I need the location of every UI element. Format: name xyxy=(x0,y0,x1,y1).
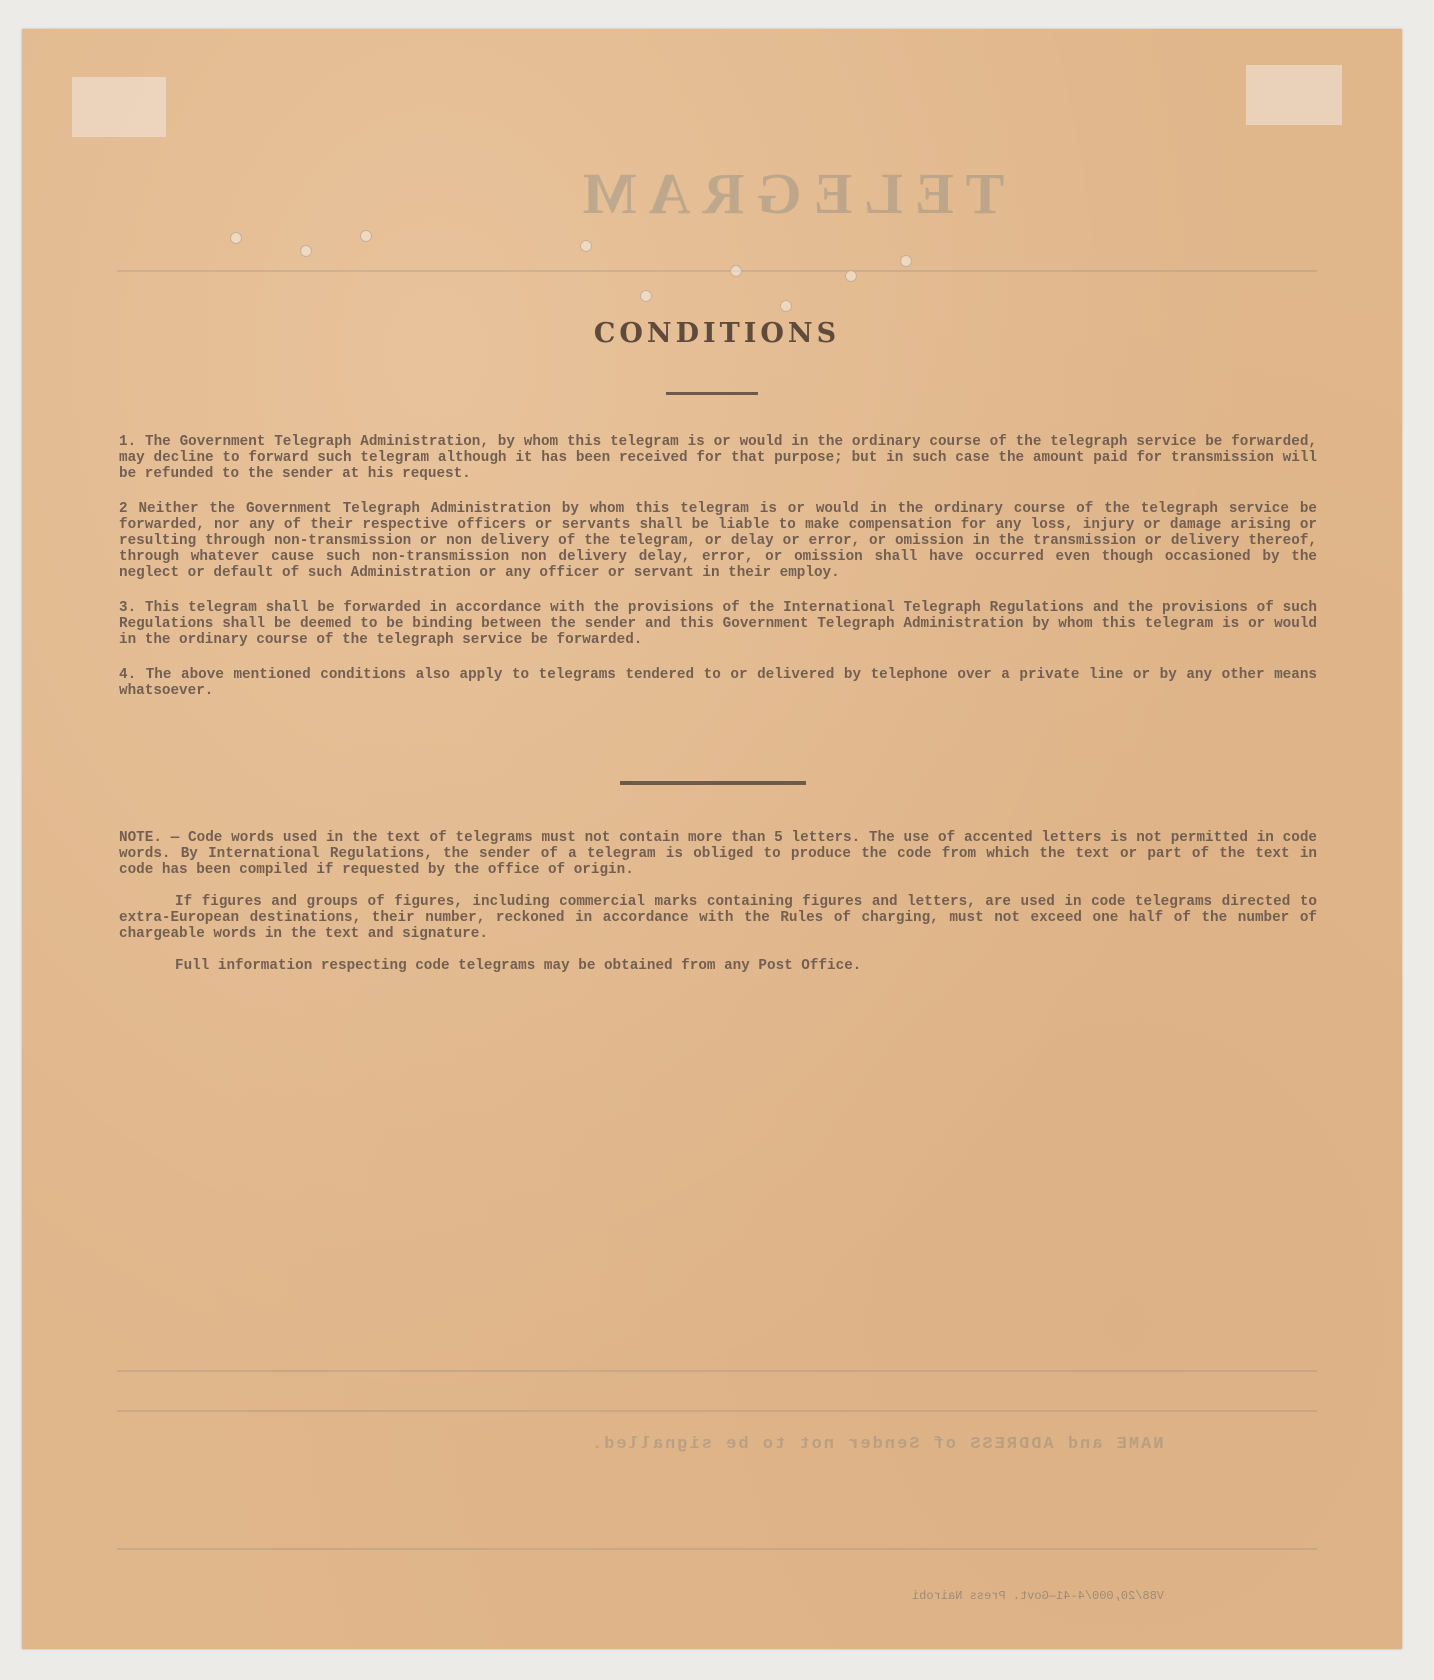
ghost-rule xyxy=(117,1410,1317,1412)
conditions-heading: CONDITIONS xyxy=(0,318,1434,349)
perforation-hole xyxy=(900,255,912,267)
note-item: If figures and groups of figures, includ… xyxy=(119,894,1317,942)
perforation-hole xyxy=(580,240,592,252)
perforation-hole xyxy=(230,232,242,244)
perforation-hole xyxy=(730,265,742,277)
perforation-hole xyxy=(300,245,312,257)
perforation-hole xyxy=(640,290,652,302)
perforation-hole xyxy=(780,300,792,312)
tape-right xyxy=(1246,65,1342,125)
note-item: Full information respecting code telegra… xyxy=(119,958,1317,974)
conditions-list: 1. The Government Telegraph Administrati… xyxy=(119,434,1317,718)
tape-left xyxy=(72,77,166,137)
ghost-rule xyxy=(117,270,1317,272)
note-item: NOTE. — Code words used in the text of t… xyxy=(119,830,1317,878)
section-divider xyxy=(620,781,806,785)
code-notes: NOTE. — Code words used in the text of t… xyxy=(119,830,1317,990)
condition-item: 2 Neither the Government Telegraph Admin… xyxy=(119,501,1317,581)
show-through-title: TELEGRAM xyxy=(570,160,1004,227)
show-through-footer: NAME and ADDRESS of Sender not to be sig… xyxy=(590,1435,1163,1454)
perforation-hole xyxy=(845,270,857,282)
printer-imprint: V88/20,000/4-41—Govt. Press Nairobi xyxy=(912,1589,1164,1603)
condition-item: 4. The above mentioned conditions also a… xyxy=(119,667,1317,699)
condition-item: 1. The Government Telegraph Administrati… xyxy=(119,434,1317,482)
perforation-hole xyxy=(360,230,372,242)
heading-rule xyxy=(666,392,758,395)
ghost-rule xyxy=(117,1370,1317,1372)
ghost-rule xyxy=(117,1548,1317,1550)
condition-item: 3. This telegram shall be forwarded in a… xyxy=(119,600,1317,648)
